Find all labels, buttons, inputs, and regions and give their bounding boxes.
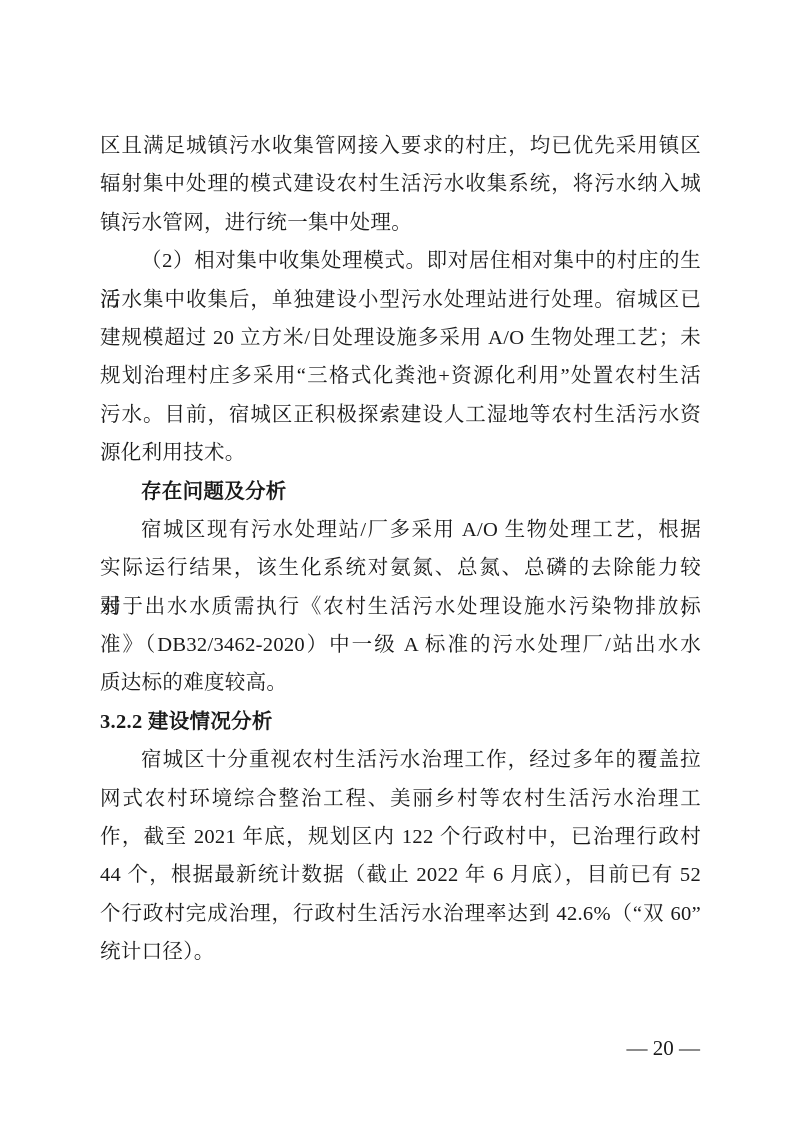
body-line: 辐射集中处理的模式建设农村生活污水收集系统，将污水纳入城 (100, 165, 701, 203)
body-line: 源化利用技术。 (100, 434, 701, 472)
body-line: 区且满足城镇污水收集管网接入要求的村庄，均已优先采用镇区 (100, 127, 701, 165)
body-line: 准》（DB32/3462-2020）中一级 A 标准的污水处理厂/站出水水 (100, 626, 701, 664)
body-line: 建规模超过 20 立方米/日处理设施多采用 A/O 生物处理工艺；未 (100, 319, 701, 357)
body-line: 污水集中收集后，单独建设小型污水处理站进行处理。宿城区已 (100, 281, 701, 319)
body-line: 作，截至 2021 年底，规划区内 122 个行政村中，已治理行政村 (100, 818, 701, 856)
body-line: 44 个，根据最新统计数据（截止 2022 年 6 月底），目前已有 52 (100, 856, 701, 894)
paragraph: 区且满足城镇污水收集管网接入要求的村庄，均已优先采用镇区 辐射集中处理的模式建设… (100, 127, 701, 242)
section-heading-problems: 存在问题及分析 (100, 473, 701, 511)
body-line: 实际运行结果，该生化系统对氨氮、总氮、总磷的去除能力较弱， (100, 549, 701, 587)
body-line: 宿城区十分重视农村生活污水治理工作，经过多年的覆盖拉 (100, 741, 701, 779)
document-body: 区且满足城镇污水收集管网接入要求的村庄，均已优先采用镇区 辐射集中处理的模式建设… (100, 127, 701, 972)
document-page: 区且满足城镇污水收集管网接入要求的村庄，均已优先采用镇区 辐射集中处理的模式建设… (0, 0, 793, 1122)
paragraph: 宿城区现有污水处理站/厂多采用 A/O 生物处理工艺，根据 实际运行结果，该生化… (100, 511, 701, 703)
body-line: 网式农村环境综合整治工程、美丽乡村等农村生活污水治理工 (100, 780, 701, 818)
body-line: 个行政村完成治理，行政村生活污水治理率达到 42.6%（“双 60” (100, 895, 701, 933)
body-line: （2）相对集中收集处理模式。即对居住相对集中的村庄的生活 (100, 242, 701, 280)
body-line: 污水。目前，宿城区正积极探索建设人工湿地等农村生活污水资 (100, 396, 701, 434)
heading-line: 存在问题及分析 (100, 473, 701, 511)
paragraph: 宿城区十分重视农村生活污水治理工作，经过多年的覆盖拉 网式农村环境综合整治工程、… (100, 741, 701, 971)
body-line: 质达标的难度较高。 (100, 664, 701, 702)
body-line: 宿城区现有污水处理站/厂多采用 A/O 生物处理工艺，根据 (100, 511, 701, 549)
section-heading-3-2-2: 3.2.2 建设情况分析 (100, 703, 701, 741)
page-number: — 20 — (0, 1033, 700, 1063)
body-line: 规划治理村庄多采用“三格式化粪池+资源化利用”处置农村生活 (100, 357, 701, 395)
heading-line: 3.2.2 建设情况分析 (100, 703, 701, 741)
body-line: 对于出水水质需执行《农村生活污水处理设施水污染物排放标 (100, 588, 701, 626)
paragraph: （2）相对集中收集处理模式。即对居住相对集中的村庄的生活 污水集中收集后，单独建… (100, 242, 701, 472)
body-line: 镇污水管网，进行统一集中处理。 (100, 204, 701, 242)
body-line: 统计口径）。 (100, 933, 701, 971)
